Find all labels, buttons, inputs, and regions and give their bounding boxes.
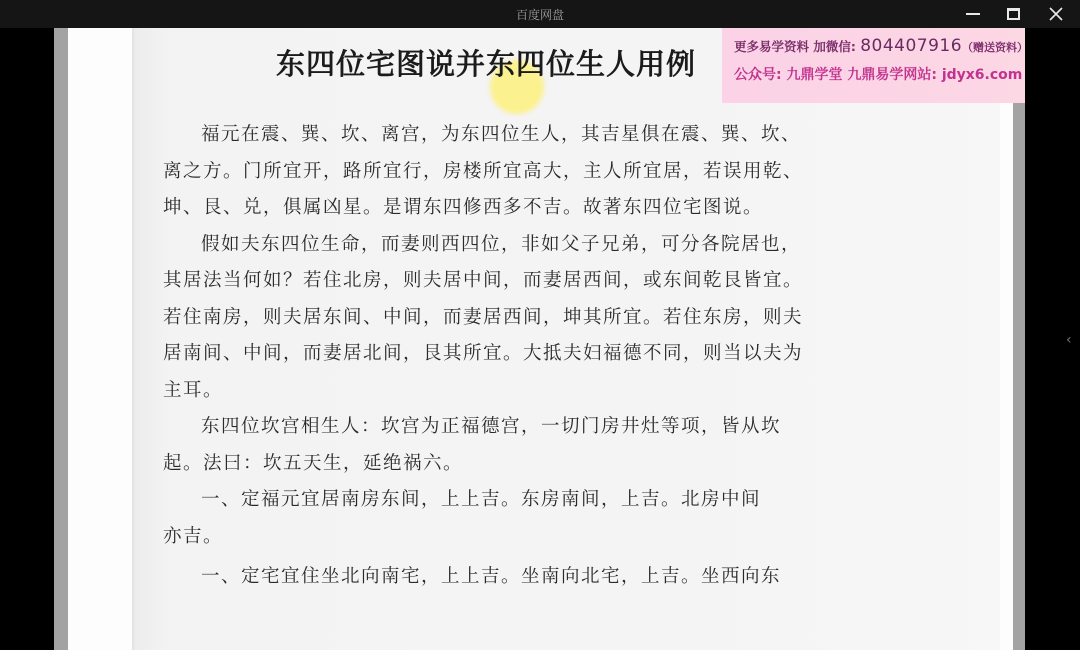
page-margin-right (1000, 28, 1013, 650)
document-heading: 东四位宅图说并东四位生人用例 (276, 42, 736, 83)
watermark-website: 公众号: 九鼎学堂 九鼎易学网站: jdyx6.com (734, 64, 1025, 84)
text-line: 一、定福元宜居南房东间，上上吉。东房南间，上吉。北房中间 (163, 482, 863, 519)
page-edge-left (54, 28, 68, 650)
close-icon (1049, 7, 1063, 21)
text-line: 离之方。门所宜开，路所宜行，房楼所宜高大，主人所宜居，若误用乾、 (163, 154, 863, 191)
document-body: 福元在震、巽、坎、离宫，为东四位生人，其吉星俱在震、巽、坎、 离之方。门所宜开，… (163, 117, 863, 596)
watermark-suffix: （赠送资料） (962, 41, 1028, 54)
page-edge-right (1013, 28, 1025, 650)
text-line: 起。法曰：坎五天生，延绝祸六。 (163, 446, 863, 483)
text-line: 假如夫东四位生命，而妻则西四位，非如父子兄弟，可分各院居也， (163, 227, 863, 264)
sidebar-toggle-button[interactable]: ‹ (1066, 332, 1078, 348)
watermark-banner: 更多易学资料 加微信: 804407916（赠送资料） 公众号: 九鼎学堂 九鼎… (722, 28, 1025, 103)
text-line: 若住南房，则夫居东间、中间，而妻居西间，坤其所宜。若住东房，则夫 (163, 300, 863, 337)
text-line: 坤、艮、兑，俱属凶星。是谓东四修西多不吉。故著东四位宅图说。 (163, 190, 863, 227)
minimize-icon (966, 13, 980, 15)
text-line: 一、定宅宜住坐北向南宅，上上吉。坐南向北宅，上吉。坐西向东 (163, 559, 863, 596)
text-line: 东四位坎宫相生人：坎宫为正福德宫，一切门房井灶等项，皆从坎 (163, 409, 863, 446)
watermark-contact: 更多易学资料 加微信: 804407916（赠送资料） (734, 36, 1025, 56)
window-titlebar[interactable]: 百度网盘 (0, 0, 1080, 28)
text-line: 其居法当何如？若住北房，则夫居中间，而妻居西间，或东间乾艮皆宜。 (163, 263, 863, 300)
watermark-prefix: 更多易学资料 加微信: (734, 39, 860, 54)
minimize-button[interactable] (953, 0, 993, 28)
text-line: 主耳。 (163, 373, 863, 410)
close-button[interactable] (1036, 0, 1076, 28)
window-title: 百度网盘 (0, 6, 1080, 23)
page-margin-left (68, 28, 132, 650)
maximize-button[interactable] (993, 0, 1033, 28)
watermark-wechat-number: 804407916 (860, 36, 962, 56)
chevron-left-icon: ‹ (1066, 332, 1072, 348)
text-line: 居南间、中间，而妻居北间，艮其所宜。大抵夫妇福德不同，则当以夫为 (163, 336, 863, 373)
text-line: 亦吉。 (163, 519, 863, 556)
text-line: 福元在震、巽、坎、离宫，为东四位生人，其吉星俱在震、巽、坎、 (163, 117, 863, 154)
maximize-icon (1007, 8, 1020, 20)
